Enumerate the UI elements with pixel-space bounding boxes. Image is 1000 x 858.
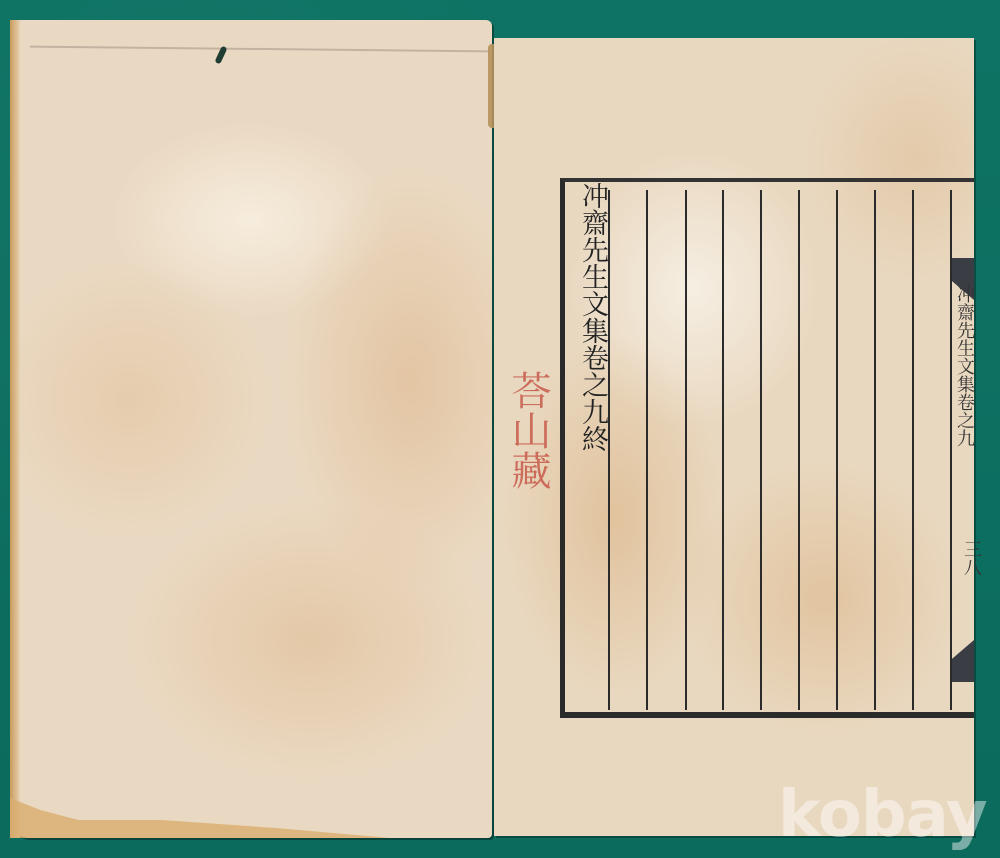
column-rule	[608, 190, 610, 710]
left-blank-page	[10, 20, 492, 838]
page-number: 三八	[958, 540, 984, 576]
volume-end-title: 冲齋先生文集卷之九終	[570, 182, 606, 452]
left-page-edge	[10, 20, 20, 838]
center-column-title: 冲齋先生文集卷之九	[955, 285, 975, 485]
column-rule	[760, 190, 762, 710]
column-rule	[646, 190, 648, 710]
column-rule	[798, 190, 800, 710]
column-rule	[685, 190, 687, 710]
column-rule	[950, 190, 952, 710]
watermark-logo: kobay	[778, 778, 987, 852]
column-rule	[722, 190, 724, 710]
torn-corner	[10, 798, 390, 838]
page-crease	[30, 46, 490, 53]
collector-seal: 荅山藏	[505, 370, 555, 490]
column-rule	[912, 190, 914, 710]
column-rule	[874, 190, 876, 710]
column-rule	[836, 190, 838, 710]
